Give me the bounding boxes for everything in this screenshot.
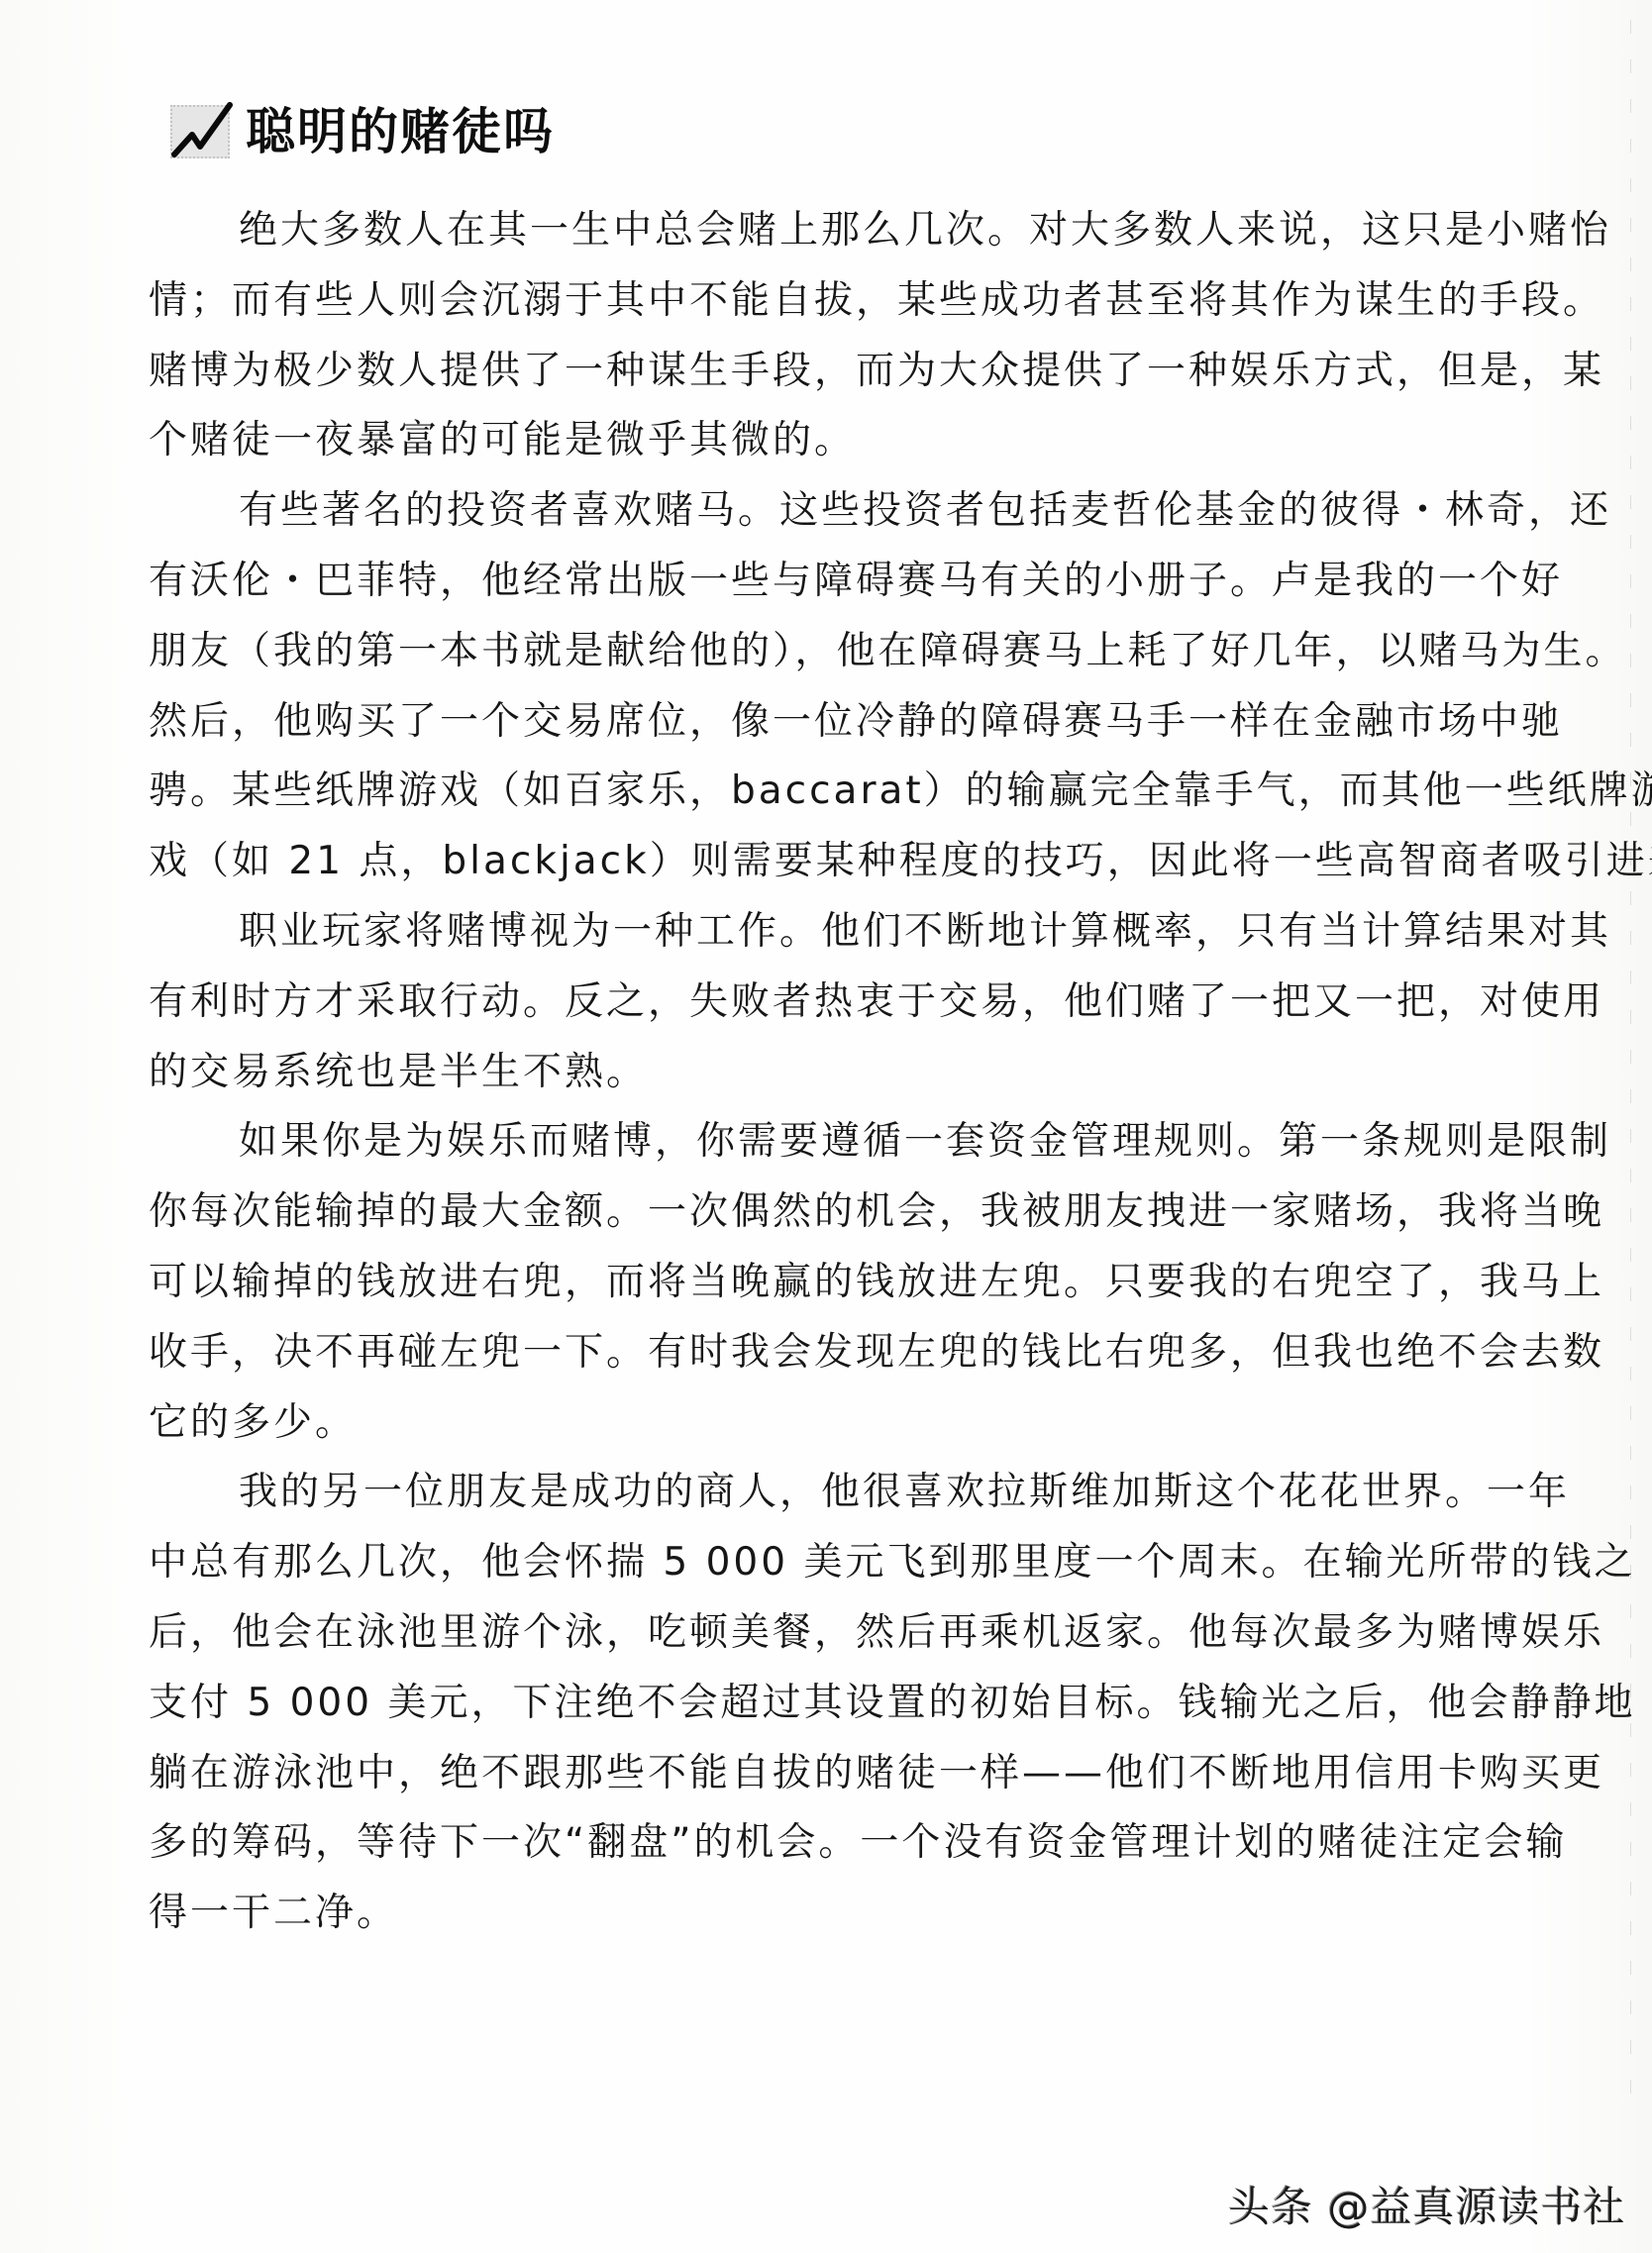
paragraph-5-line: 支付 5 000 美元，下注绝不会超过其设置的初始目标。钱输光之后，他会静静地 xyxy=(149,1669,1501,1739)
paragraph-5-line: 躺在游泳池中，绝不跟那些不能自拔的赌徒一样——他们不断地用信用卡购买更 xyxy=(149,1739,1501,1809)
paragraph-3-line: 有利时方才采取行动。反之，失败者热衷于交易，他们赌了一把又一把，对使用 xyxy=(149,968,1501,1038)
paragraph-3-line: 的交易系统也是半生不熟。 xyxy=(149,1038,1501,1108)
paragraph-2-line: 骋。某些纸牌游戏（如百家乐，baccarat）的输赢完全靠手气，而其他一些纸牌游 xyxy=(149,757,1501,827)
section-title: 聪明的赌徒吗 xyxy=(246,99,555,164)
trend-check-icon xyxy=(170,105,230,158)
paragraph-4-line: 如果你是为娱乐而赌博，你需要遵循一套资金管理规则。第一条规则是限制 xyxy=(149,1107,1501,1178)
paragraph-3-line: 职业玩家将赌博视为一种工作。他们不断地计算概率，只有当计算结果对其 xyxy=(149,897,1501,968)
source-watermark: 头条 @益真源读书社 xyxy=(1228,2175,1625,2234)
paragraph-1-line: 情；而有些人则会沉溺于其中不能自拔，某些成功者甚至将其作为谋生的手段。 xyxy=(149,266,1501,337)
section-heading: 聪明的赌徒吗 xyxy=(170,99,555,164)
paragraph-2-line: 然后，他购买了一个交易席位，像一位冷静的障碍赛马手一样在金融市场中驰 xyxy=(149,687,1501,758)
page-edge-shadow xyxy=(1630,20,1631,2119)
paragraph-5-line: 我的另一位朋友是成功的商人，他很喜欢拉斯维加斯这个花花世界。一年 xyxy=(149,1458,1501,1528)
paragraph-4-line: 收手，决不再碰左兜一下。有时我会发现左兜的钱比右兜多，但我也绝不会去数 xyxy=(149,1318,1501,1388)
paragraph-5-line: 多的筹码，等待下一次“翻盘”的机会。一个没有资金管理计划的赌徒注定会输 xyxy=(149,1808,1501,1879)
paragraph-2-line: 戏（如 21 点，blackjack）则需要某种程度的技巧，因此将一些高智商者吸… xyxy=(149,827,1501,897)
paragraph-1-line: 个赌徒一夜暴富的可能是微乎其微的。 xyxy=(149,406,1501,476)
paragraph-5-line: 得一干二净。 xyxy=(149,1879,1501,1949)
article-body: 绝大多数人在其一生中总会赌上那么几次。对大多数人来说，这只是小赌怡 情；而有些人… xyxy=(149,196,1501,1949)
book-page: 聪明的赌徒吗 绝大多数人在其一生中总会赌上那么几次。对大多数人来说，这只是小赌怡… xyxy=(0,0,1652,2253)
paragraph-2-line: 有沃伦・巴菲特，他经常出版一些与障碍赛马有关的小册子。卢是我的一个好 xyxy=(149,547,1501,617)
paragraph-4-line: 可以输掉的钱放进右兜，而将当晚赢的钱放进左兜。只要我的右兜空了，我马上 xyxy=(149,1248,1501,1318)
paragraph-2-line: 朋友（我的第一本书就是献给他的），他在障碍赛马上耗了好几年，以赌马为生。 xyxy=(149,617,1501,687)
paragraph-1-line: 绝大多数人在其一生中总会赌上那么几次。对大多数人来说，这只是小赌怡 xyxy=(149,196,1501,266)
paragraph-4-line: 它的多少。 xyxy=(149,1388,1501,1459)
paragraph-1-line: 赌博为极少数人提供了一种谋生手段，而为大众提供了一种娱乐方式，但是，某 xyxy=(149,337,1501,407)
paragraph-5-line: 后，他会在泳池里游个泳，吃顿美餐，然后再乘机返家。他每次最多为赌博娱乐 xyxy=(149,1598,1501,1669)
paragraph-4-line: 你每次能输掉的最大金额。一次偶然的机会，我被朋友拽进一家赌场，我将当晚 xyxy=(149,1178,1501,1248)
paragraph-5-line: 中总有那么几次，他会怀揣 5 000 美元飞到那里度一个周末。在输光所带的钱之 xyxy=(149,1528,1501,1598)
paragraph-2-line: 有些著名的投资者喜欢赌马。这些投资者包括麦哲伦基金的彼得・林奇，还 xyxy=(149,476,1501,547)
